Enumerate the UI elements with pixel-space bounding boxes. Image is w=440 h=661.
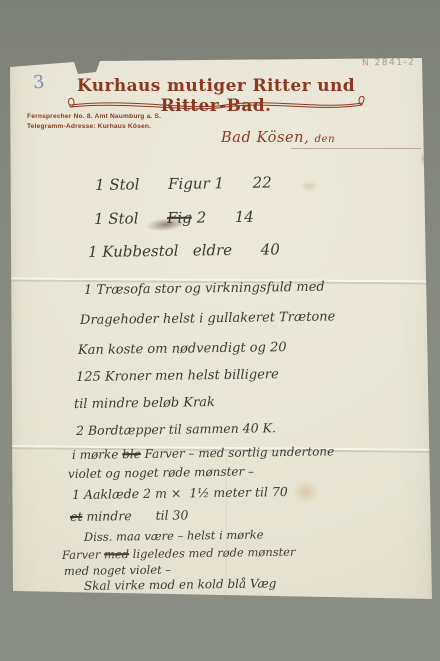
handwriting-line: Skal virke mod en kold blå Væg: [84, 576, 277, 593]
dateline-den: den: [315, 134, 336, 145]
handwriting-line: til mindre beløb Krak: [74, 395, 215, 412]
page-number-pencil: 3: [32, 72, 45, 94]
dateline-place: Bad Kösen,: [221, 130, 309, 146]
handwriting-line: violet og noget røde mønster –: [68, 464, 254, 481]
handwriting-line: i mørke ble Farver – med sortlig underto…: [72, 444, 334, 462]
letterhead-phone-line: Fernsprecher No. 8. Amt Naumburg a. S.: [27, 112, 161, 122]
scanner-background: 3 N 2841-2 Kurhaus mutiger Ritter und Ri…: [0, 0, 440, 661]
catalog-number-pencil: N 2841-2: [362, 58, 416, 69]
date-blank-rule: [291, 148, 421, 149]
handwriting-line: Dragehoder helst i gullakeret Trætone: [80, 309, 336, 328]
handwriting-line: 125 Kroner men helst billigere: [76, 367, 279, 385]
handwriting-line: et mindre til 30: [70, 507, 189, 524]
letterhead-dateline: Bad Kösen, den: [221, 130, 335, 146]
handwriting-line: med noget violet –: [64, 563, 171, 578]
letter-sheet: 3 N 2841-2 Kurhaus mutiger Ritter und Ri…: [0, 0, 440, 661]
paper-stain: [292, 480, 320, 504]
red-mark: [420, 152, 428, 166]
handwriting-line: 1 Stol Fig 2 14: [94, 208, 254, 228]
handwriting-line: Kan koste om nødvendigt og 20: [78, 340, 287, 358]
paper-stain: [300, 180, 318, 192]
handwriting-line: 1 Stol Figur 1 22: [95, 174, 272, 194]
handwriting-line: Diss. maa være – helst i mørke: [84, 527, 264, 544]
handwriting-line: 1 Træsofa stor og virkningsfuld med: [84, 280, 325, 298]
handwriting-line: Farver med ligeledes med røde mønster: [62, 545, 296, 562]
letterhead-telegram-line: Telegramm-Adresse: Kurhaus Kösen.: [27, 122, 161, 132]
handwriting-line: 1 Kubbestol eldre 40: [88, 240, 280, 261]
letterhead-contact-block: Fernsprecher No. 8. Amt Naumburg a. S. T…: [27, 112, 161, 132]
handwriting-line: 1 Aaklæde 2 m × 1½ meter til 70: [72, 484, 288, 502]
handwriting-line: 2 Bordtæpper til sammen 40 K.: [76, 420, 276, 438]
